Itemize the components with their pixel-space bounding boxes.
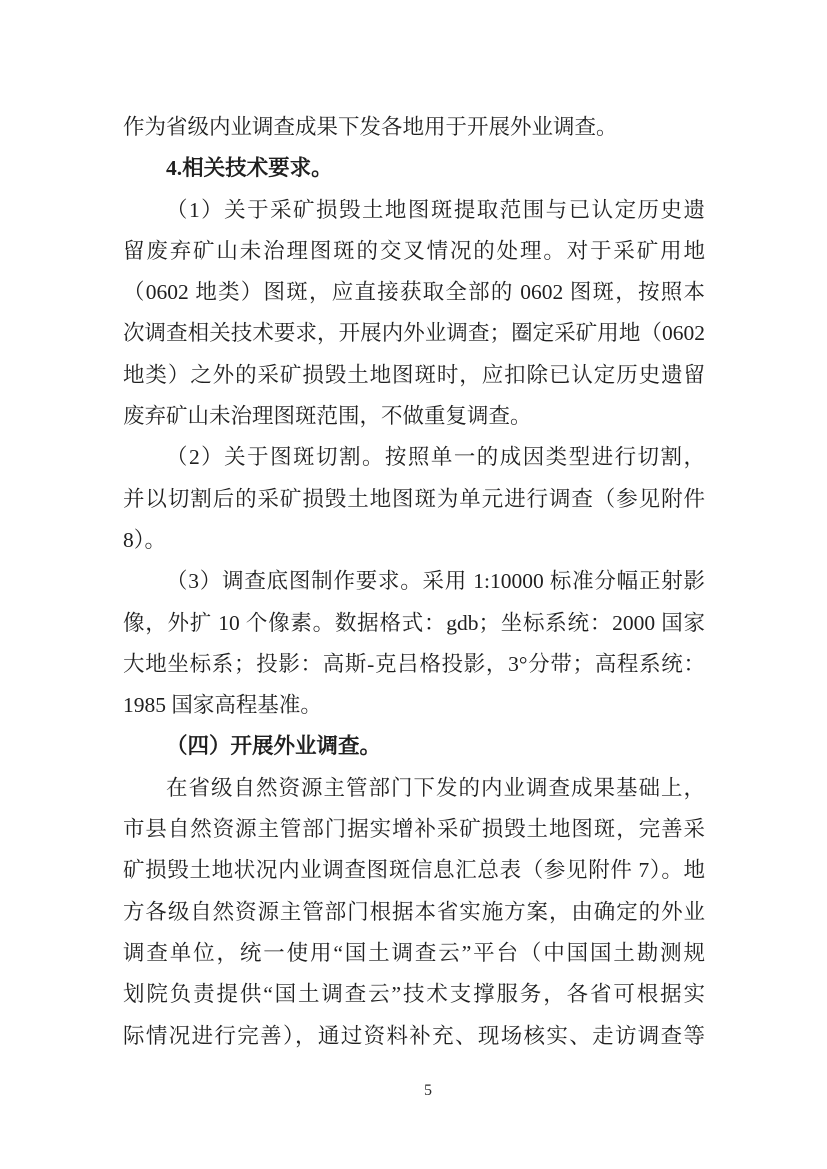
text-line: 8）。 [123,520,705,561]
text-line: （3）调查底图制作要求。采用 1:10000 标准分幅正射影 [123,561,705,602]
text-line: 矿损毁土地状况内业调查图斑信息汇总表（参见附件 7）。地 [123,850,705,891]
text-line: 次调查相关技术要求，开展内外业调查；圈定采矿用地（0602 [123,313,705,354]
text-line: 1985 国家高程基准。 [123,685,705,726]
text-line: 留废弃矿山未治理图斑的交叉情况的处理。对于采矿用地 [123,231,705,272]
text-line: 作为省级内业调查成果下发各地用于开展外业调查。 [123,107,705,148]
text-line: 在省级自然资源主管部门下发的内业调查成果基础上， [123,768,705,809]
text-line: 划院负责提供“国土调查云”技术支撑服务，各省可根据实 [123,974,705,1015]
text-line: 际情况进行完善），通过资料补充、现场核实、走访调查等 [123,1016,705,1057]
document-body: 作为省级内业调查成果下发各地用于开展外业调查。4.相关技术要求。（1）关于采矿损… [123,107,705,1057]
text-line: （2）关于图斑切割。按照单一的成因类型进行切割， [123,437,705,478]
text-line: 大地坐标系；投影：高斯-克吕格投影，3°分带；高程系统： [123,644,705,685]
text-line: 像，外扩 10 个像素。数据格式：gdb；坐标系统：2000 国家 [123,603,705,644]
page-number: 5 [123,1081,705,1101]
heading-line: 4.相关技术要求。 [123,148,705,189]
text-line: （0602 地类）图斑，应直接获取全部的 0602 图斑，按照本 [123,272,705,313]
text-line: 调查单位，统一使用“国土调查云”平台（中国国土勘测规 [123,933,705,974]
text-line: 市县自然资源主管部门据实增补采矿损毁土地图斑，完善采 [123,809,705,850]
text-line: 废弃矿山未治理图斑范围，不做重复调查。 [123,396,705,437]
text-line: （1）关于采矿损毁土地图斑提取范围与已认定历史遗 [123,190,705,231]
document-page: 作为省级内业调查成果下发各地用于开展外业调查。4.相关技术要求。（1）关于采矿损… [0,0,827,1169]
text-line: 方各级自然资源主管部门根据本省实施方案，由确定的外业 [123,892,705,933]
text-line: 并以切割后的采矿损毁土地图斑为单元进行调查（参见附件 [123,479,705,520]
text-line: 地类）之外的采矿损毁土地图斑时，应扣除已认定历史遗留 [123,355,705,396]
heading-line: （四）开展外业调查。 [123,726,705,767]
